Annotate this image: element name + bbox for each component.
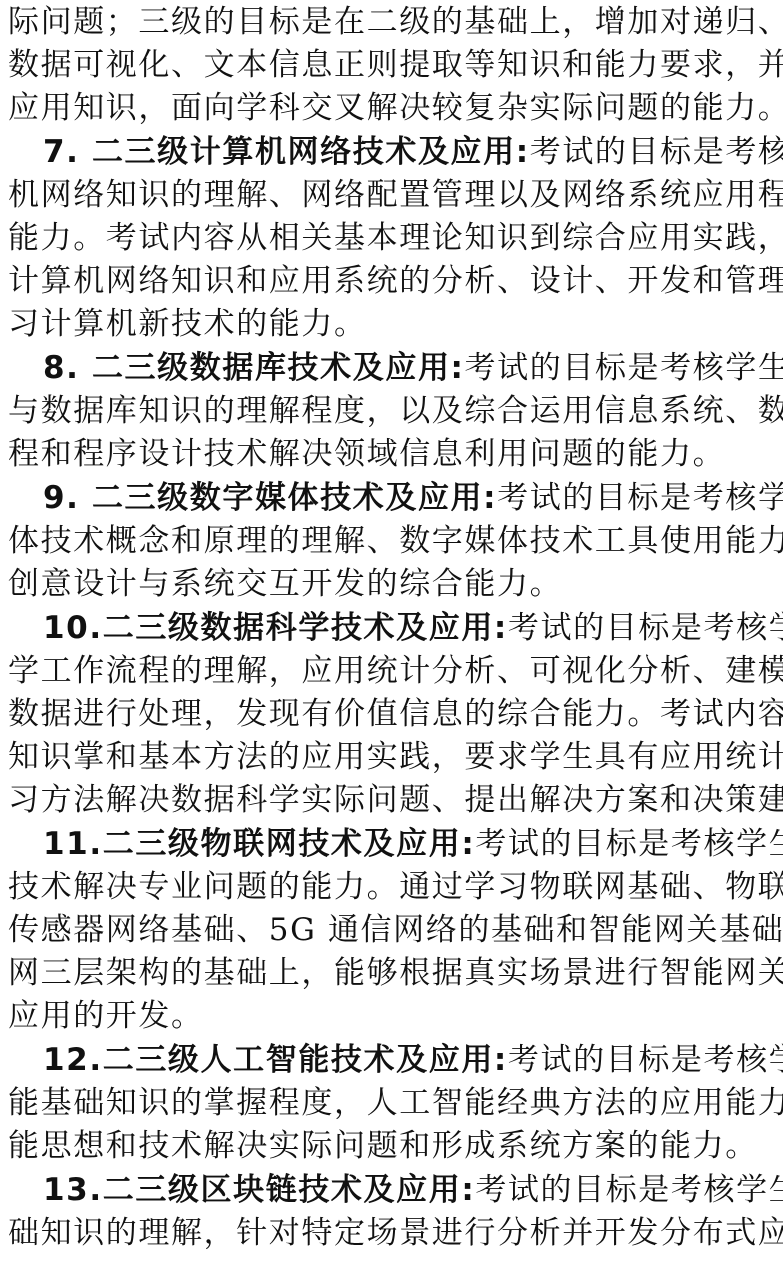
section-8-heading-line: 8. 二三级数据库技术及应用:考试的目标是考核学生对信息系统 [43,347,776,390]
text-line: 学工作流程的理解，应用统计分析、可视化分析、建模分析等方法对 [8,650,776,693]
text-line: 应用的开发。 [8,995,776,1038]
text-line: 计算机网络知识和应用系统的分析、设计、开发和管理能力，以及学 [8,260,776,303]
line-text: 数据进行处理，发现有价值信息的综合能力。考试内容涵盖相关理论 [8,696,783,732]
text-line: 网三层架构的基础上，能够根据真实场景进行智能网关的开发及移动 [8,952,776,995]
text-line: 数据可视化、文本信息正则提取等知识和能力要求，并测试考生综合 [8,44,776,87]
section-heading: 9. 二三级数字媒体技术及应用: [43,480,497,516]
text-line: 能力。考试内容从相关基本理论知识到综合应用实践，要求学生具有 [8,217,776,260]
line-text: 学工作流程的理解，应用统计分析、可视化分析、建模分析等方法对 [8,653,783,689]
text-line: 知识掌和基本方法的应用实践，要求学生具有应用统计分析和机器学 [8,736,776,779]
line-text: 考试的目标是考核学生对信息系统 [465,350,783,386]
text-line: 能思想和技术解决实际问题和形成系统方案的能力。 [8,1125,776,1168]
line-text: 计算机网络知识和应用系统的分析、设计、开发和管理能力，以及学 [8,263,783,299]
section-heading: 7. 二三级计算机网络技术及应用: [43,134,530,170]
line-text: 考试的目标是考核学生对数字媒 [497,480,783,516]
line-text: 习方法解决数据科学实际问题、提出解决方案和决策建议的能力。 [8,782,783,818]
line-text: 考试的目标是考核学生对计算 [530,134,783,170]
section-heading: 11.二三级物联网技术及应用: [43,826,475,862]
line-text: 传感器网络基础、5G 通信网络的基础和智能网关基础，在理解物联 [8,912,783,948]
line-text: 际问题；三级的目标是在二级的基础上，增加对递归、数据库应用、 [8,4,783,40]
line-text: 考试的目标是考核学生利用物联网 [475,826,783,862]
section-heading: 8. 二三级数据库技术及应用: [43,350,465,386]
text-line: 机网络知识的理解、网络配置管理以及网络系统应用程序开发的综合 [8,174,776,217]
line-text: 础知识的理解，针对特定场景进行分析并开发分布式应用的综合能力； [8,1215,783,1251]
line-text: 考试的目标是考核学生对人工智 [508,1042,783,1078]
text-line: 础知识的理解，针对特定场景进行分析并开发分布式应用的综合能力； [8,1212,776,1255]
text-line: 与数据库知识的理解程度，以及综合运用信息系统、数据库、软件工 [8,390,776,433]
section-heading: 12.二三级人工智能技术及应用: [43,1042,508,1078]
line-text: 与数据库知识的理解程度，以及综合运用信息系统、数据库、软件工 [8,393,783,429]
text-line: 习计算机新技术的能力。 [8,303,776,346]
line-text: 创意设计与系统交互开发的综合能力。 [8,566,562,602]
line-text: 知识掌和基本方法的应用实践，要求学生具有应用统计分析和机器学 [8,739,783,775]
line-text: 考试的目标是考核学生对区块链基 [475,1172,783,1208]
text-line: 际问题；三级的目标是在二级的基础上，增加对递归、数据库应用、 [8,1,776,44]
line-text: 应用知识，面向学科交叉解决较复杂实际问题的能力。 [8,90,783,126]
text-line: 应用知识，面向学科交叉解决较复杂实际问题的能力。 [8,87,776,130]
text-line: 能基础知识的掌握程度，人工智能经典方法的应用能力，应用人工智 [8,1082,776,1125]
text-line: 技术解决专业问题的能力。通过学习物联网基础、物联网主要技术、 [8,866,776,909]
line-text: 习计算机新技术的能力。 [8,306,367,342]
line-text: 能思想和技术解决实际问题和形成系统方案的能力。 [8,1128,758,1164]
text-line: 数据进行处理，发现有价值信息的综合能力。考试内容涵盖相关理论 [8,693,776,736]
text-line: 体技术概念和原理的理解、数字媒体技术工具使用能力以及数字媒体 [8,520,776,563]
section-12-heading-line: 12.二三级人工智能技术及应用:考试的目标是考核学生对人工智 [43,1039,776,1082]
line-text: 考试的目标是考核学生对数据科 [508,610,783,646]
section-11-heading-line: 11.二三级物联网技术及应用:考试的目标是考核学生利用物联网 [43,823,776,866]
text-line: 传感器网络基础、5G 通信网络的基础和智能网关基础，在理解物联 [8,909,776,952]
line-text: 应用的开发。 [8,998,204,1034]
line-text: 程和程序设计技术解决领域信息利用问题的能力。 [8,436,725,472]
section-13-heading-line: 13.二三级区块链技术及应用:考试的目标是考核学生对区块链基 [43,1169,776,1212]
line-text: 体技术概念和原理的理解、数字媒体技术工具使用能力以及数字媒体 [8,523,783,559]
line-text: 能力。考试内容从相关基本理论知识到综合应用实践，要求学生具有 [8,220,783,256]
section-heading: 10.二三级数据科学技术及应用: [43,610,508,646]
section-7-heading-line: 7. 二三级计算机网络技术及应用:考试的目标是考核学生对计算 [43,131,776,174]
section-heading: 13.二三级区块链技术及应用: [43,1172,475,1208]
line-text: 网三层架构的基础上，能够根据真实场景进行智能网关的开发及移动 [8,955,783,991]
section-9-heading-line: 9. 二三级数字媒体技术及应用:考试的目标是考核学生对数字媒 [43,477,776,520]
line-text: 数据可视化、文本信息正则提取等知识和能力要求，并测试考生综合 [8,47,783,83]
text-line: 习方法解决数据科学实际问题、提出解决方案和决策建议的能力。 [8,779,776,822]
line-text: 技术解决专业问题的能力。通过学习物联网基础、物联网主要技术、 [8,869,783,905]
line-text: 机网络知识的理解、网络配置管理以及网络系统应用程序开发的综合 [8,177,783,213]
document-page: 际问题；三级的目标是在二级的基础上，增加对递归、数据库应用、 数据可视化、文本信… [0,0,783,1263]
text-line: 程和程序设计技术解决领域信息利用问题的能力。 [8,433,776,476]
line-text: 能基础知识的掌握程度，人工智能经典方法的应用能力，应用人工智 [8,1085,783,1121]
text-line: 创意设计与系统交互开发的综合能力。 [8,563,776,606]
section-10-heading-line: 10.二三级数据科学技术及应用:考试的目标是考核学生对数据科 [43,607,776,650]
